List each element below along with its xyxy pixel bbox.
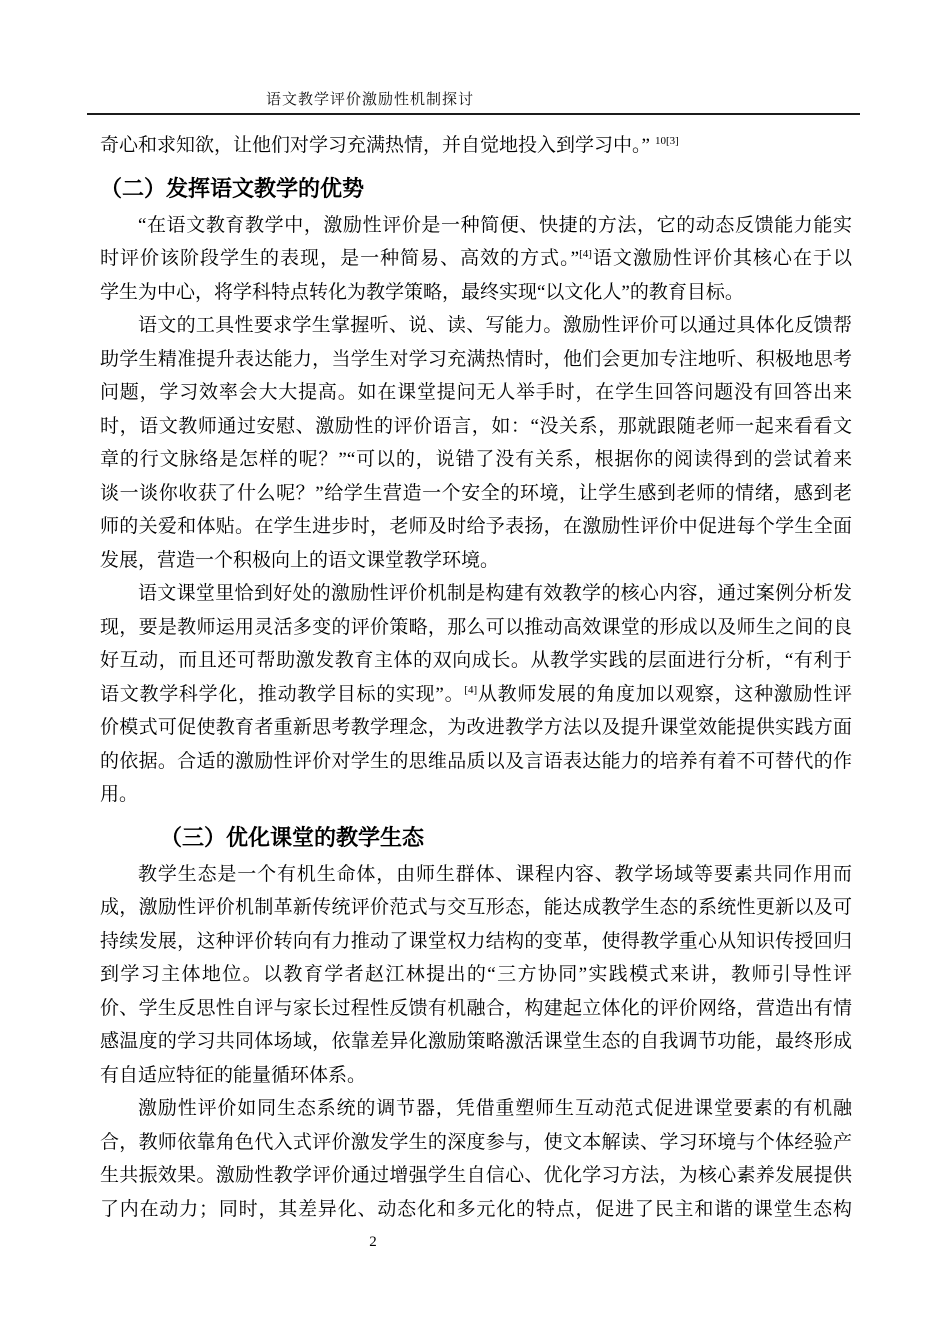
text-line: 用。 <box>100 778 852 812</box>
paragraph: 激励性评价如同生态系统的调节器，凭借重塑师生互动范式促进课堂要素的有机融合，教师… <box>100 1092 852 1226</box>
text-line: 合，教师依靠角色代入式评价激发学生的深度参与，使文本解读、学习环境与个体经验产 <box>100 1126 852 1160</box>
text-line: 的依据。合适的激励性评价对学生的思维品质以及言语表达能力的培养有着不可替代的作 <box>100 745 852 779</box>
paragraph: 语文课堂里恰到好处的激励性评价机制是构建有效教学的核心内容，通过案例分析发现，要… <box>100 577 852 812</box>
text-line: 教学生态是一个有机生命体，由师生群体、课程内容、教学场域等要素共同作用而 <box>100 858 852 892</box>
header-divider <box>87 113 860 115</box>
paragraph: “在语文教育教学中，激励性评价是一种简便、快捷的方法，它的动态反馈能力能实时评价… <box>100 209 852 310</box>
footnote-reference: 10[3] <box>655 135 679 147</box>
text-line: 奇心和求知欲，让他们对学习充满热情，并自觉地投入到学习中。”10[3] <box>100 129 852 163</box>
text-line: 现，要是教师运用灵活多变的评价策略，那么可以推动高效课堂的形成以及师生之间的良 <box>100 611 852 645</box>
paragraph: 教学生态是一个有机生命体，由师生群体、课程内容、教学场域等要素共同作用而成，激励… <box>100 858 852 1093</box>
text-line: 章的行文脉络是怎样的呢？”“可以的，说错了没有关系，根据你的阅读得到的尝试着来 <box>100 443 852 477</box>
text-line: 成，激励性评价机制革新传统评价范式与交互形态，能达成教学生态的系统性更新以及可 <box>100 891 852 925</box>
text-line: 助学生精准提升表达能力，当学生对学习充满热情时，他们会更加专注地听、积极地思考 <box>100 343 852 377</box>
text-line: 生共振效果。激励性教学评价通过增强学生自信心、优化学习方法，为核心素养发展提供 <box>100 1159 852 1193</box>
text-line: 师的关爱和体贴。在学生进步时，老师及时给予表扬，在激励性评价中促进每个学生全面 <box>100 510 852 544</box>
text-line: 到学习主体地位。以教育学者赵江林提出的“三方协同”实践模式来讲，教师引导性评 <box>100 958 852 992</box>
text-line: 了内在动力；同时，其差异化、动态化和多元化的特点，促进了民主和谐的课堂生态构 <box>100 1193 852 1227</box>
text-line: “在语文教育教学中，激励性评价是一种简便、快捷的方法，它的动态反馈能力能实 <box>100 209 852 243</box>
text-line: 学生为中心，将学科特点转化为教学策略，最终实现“以文化人”的教育目标。 <box>100 276 852 310</box>
document-page: 语文教学评价激励性机制探讨 奇心和求知欲，让他们对学习充满热情，并自觉地投入到学… <box>0 0 950 1344</box>
text-line: 问题，学习效率会大大提高。如在课堂提问无人举手时，在学生回答问题没有回答出来 <box>100 376 852 410</box>
text-line: 发展，营造一个积极向上的语文课堂教学环境。 <box>100 544 852 578</box>
text-line: 语文的工具性要求学生掌握听、说、读、写能力。激励性评价可以通过具体化反馈帮 <box>100 309 852 343</box>
section-heading: （二）发挥语文教学的优势 <box>100 169 852 209</box>
text-line: 持续发展，这种评价转向有力推动了课堂权力结构的变革，使得教学重心从知识传授回归 <box>100 925 852 959</box>
running-header-title: 语文教学评价激励性机制探讨 <box>0 88 740 112</box>
section-heading: （三）优化课堂的教学生态 <box>100 818 852 858</box>
text-line: 谈一谈你收获了什么呢？”给学生营造一个安全的环境，让学生感到老师的情绪，感到老 <box>100 477 852 511</box>
text-line: 有自适应特征的能量循环体系。 <box>100 1059 852 1093</box>
text-line: 激励性评价如同生态系统的调节器，凭借重塑师生互动范式促进课堂要素的有机融 <box>100 1092 852 1126</box>
text-line: 价、学生反思性自评与家长过程性反馈有机融合，构建起立体化的评价网络，营造出有情 <box>100 992 852 1026</box>
page-number: 2 <box>338 1231 408 1253</box>
text-line: 语文教学科学化，推动教学目标的实现”。[4]从教师发展的角度加以观察，这种激励性… <box>100 678 852 712</box>
text-line: 语文课堂里恰到好处的激励性评价机制是构建有效教学的核心内容，通过案例分析发 <box>100 577 852 611</box>
text-line: 价模式可促使教育者重新思考教学理念，为改进教学方法以及提升课堂效能提供实践方面 <box>100 711 852 745</box>
footnote-reference: [4] <box>464 684 477 696</box>
text-line: 好互动，而且还可帮助激发教育主体的双向成长。从教学实践的层面进行分析，“有利于 <box>100 644 852 678</box>
text-line: 感温度的学习共同体场域，依靠差异化激励策略激活课堂生态的自我调节功能，最终形成 <box>100 1025 852 1059</box>
paragraph: 语文的工具性要求学生掌握听、说、读、写能力。激励性评价可以通过具体化反馈帮助学生… <box>100 309 852 577</box>
footnote-reference: [4] <box>579 248 592 260</box>
text-line: 时，语文教师通过安慰、激励性的评价语言，如：“没关系，那就跟随老师一起来看看文 <box>100 410 852 444</box>
text-line: 时评价该阶段学生的表现，是一种简易、高效的方式。”[4]语文激励性评价其核心在于… <box>100 242 852 276</box>
document-body: 奇心和求知欲，让他们对学习充满热情，并自觉地投入到学习中。”10[3]（二）发挥… <box>100 129 852 1226</box>
